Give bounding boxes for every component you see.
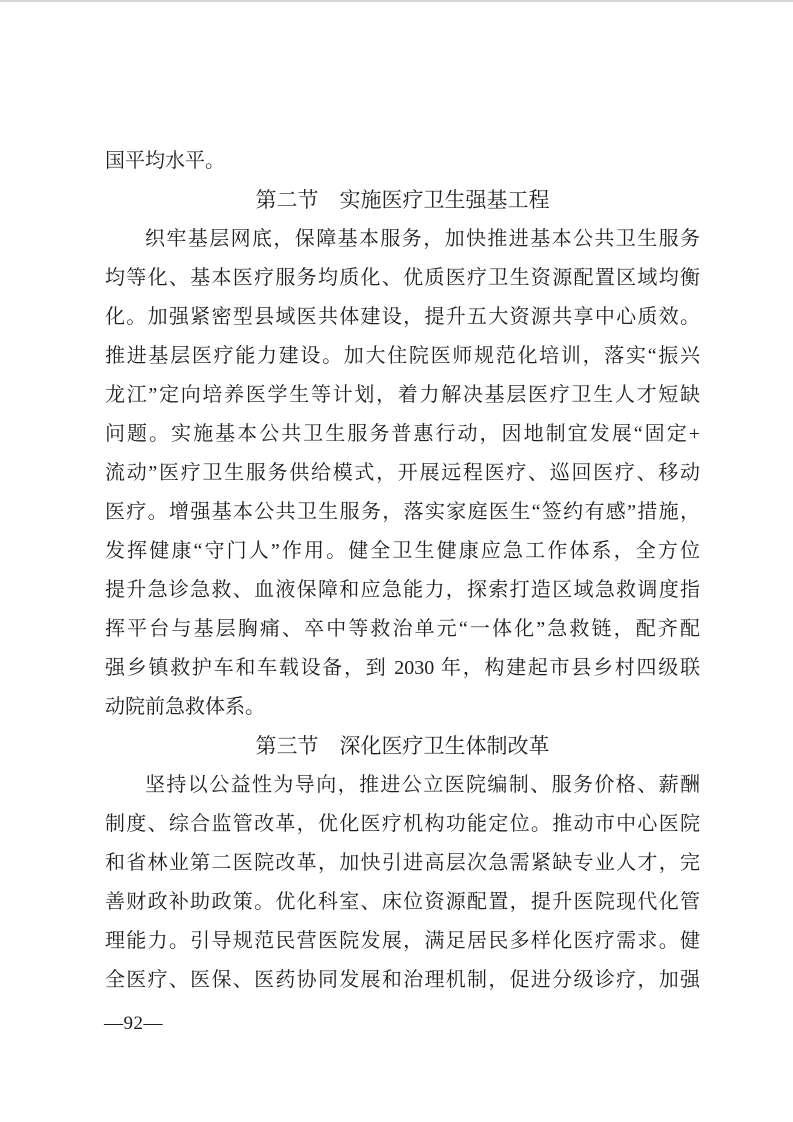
body-line: 坚持以公益性为导向，推进公立医院编制、服务价格、薪酬 xyxy=(105,766,700,805)
body-line: 强乡镇救护车和车载设备，到 2030 年，构建起市县乡村四级联 xyxy=(105,649,700,688)
body-line: 均等化、基本医疗服务均质化、优质医疗卫生资源配置区域均衡 xyxy=(105,259,700,298)
body-line: 全医疗、医保、医药协同发展和治理机制，促进分级诊疗，加强 xyxy=(105,961,700,1000)
body-line: 善财政补助政策。优化科室、床位资源配置，提升医院现代化管 xyxy=(105,883,700,922)
section-heading-3: 第三节 深化医疗卫生体制改革 xyxy=(105,727,700,766)
body-line: 国平均水平。 xyxy=(105,142,700,181)
body-line: 动院前急救体系。 xyxy=(105,688,700,727)
body-line: 提升急诊急救、血液保障和应急能力，探索打造区域急救调度指 xyxy=(105,571,700,610)
body-line: 问题。实施基本公共卫生服务普惠行动，因地制宜发展“固定+ xyxy=(105,415,700,454)
document-body: 国平均水平。 第二节 实施医疗卫生强基工程 织牢基层网底，保障基本服务，加快推进… xyxy=(105,142,700,1000)
body-line: 制度、综合监管改革，优化医疗机构功能定位。推动市中心医院 xyxy=(105,805,700,844)
scan-edge-artifact xyxy=(0,0,793,2)
body-line: 理能力。引导规范民营医院发展，满足居民多样化医疗需求。健 xyxy=(105,922,700,961)
body-line: 挥平台与基层胸痛、卒中等救治单元“一体化”急救链，配齐配 xyxy=(105,610,700,649)
body-line: 龙江”定向培养医学生等计划，着力解决基层医疗卫生人才短缺 xyxy=(105,376,700,415)
body-line: 织牢基层网底，保障基本服务，加快推进基本公共卫生服务 xyxy=(105,220,700,259)
document-page: 国平均水平。 第二节 实施医疗卫生强基工程 织牢基层网底，保障基本服务，加快推进… xyxy=(0,0,793,1122)
body-line: 发挥健康“守门人”作用。健全卫生健康应急工作体系，全方位 xyxy=(105,532,700,571)
body-line: 流动”医疗卫生服务供给模式，开展远程医疗、巡回医疗、移动 xyxy=(105,454,700,493)
section-heading-2: 第二节 实施医疗卫生强基工程 xyxy=(105,181,700,220)
page-number: —92— xyxy=(104,1004,163,1043)
body-line: 医疗。增强基本公共卫生服务，落实家庭医生“签约有感”措施， xyxy=(105,493,700,532)
body-line: 化。加强紧密型县域医共体建设，提升五大资源共享中心质效。 xyxy=(105,298,700,337)
body-line: 推进基层医疗能力建设。加大住院医师规范化培训，落实“振兴 xyxy=(105,337,700,376)
body-line: 和省林业第二医院改革，加快引进高层次急需紧缺专业人才，完 xyxy=(105,844,700,883)
